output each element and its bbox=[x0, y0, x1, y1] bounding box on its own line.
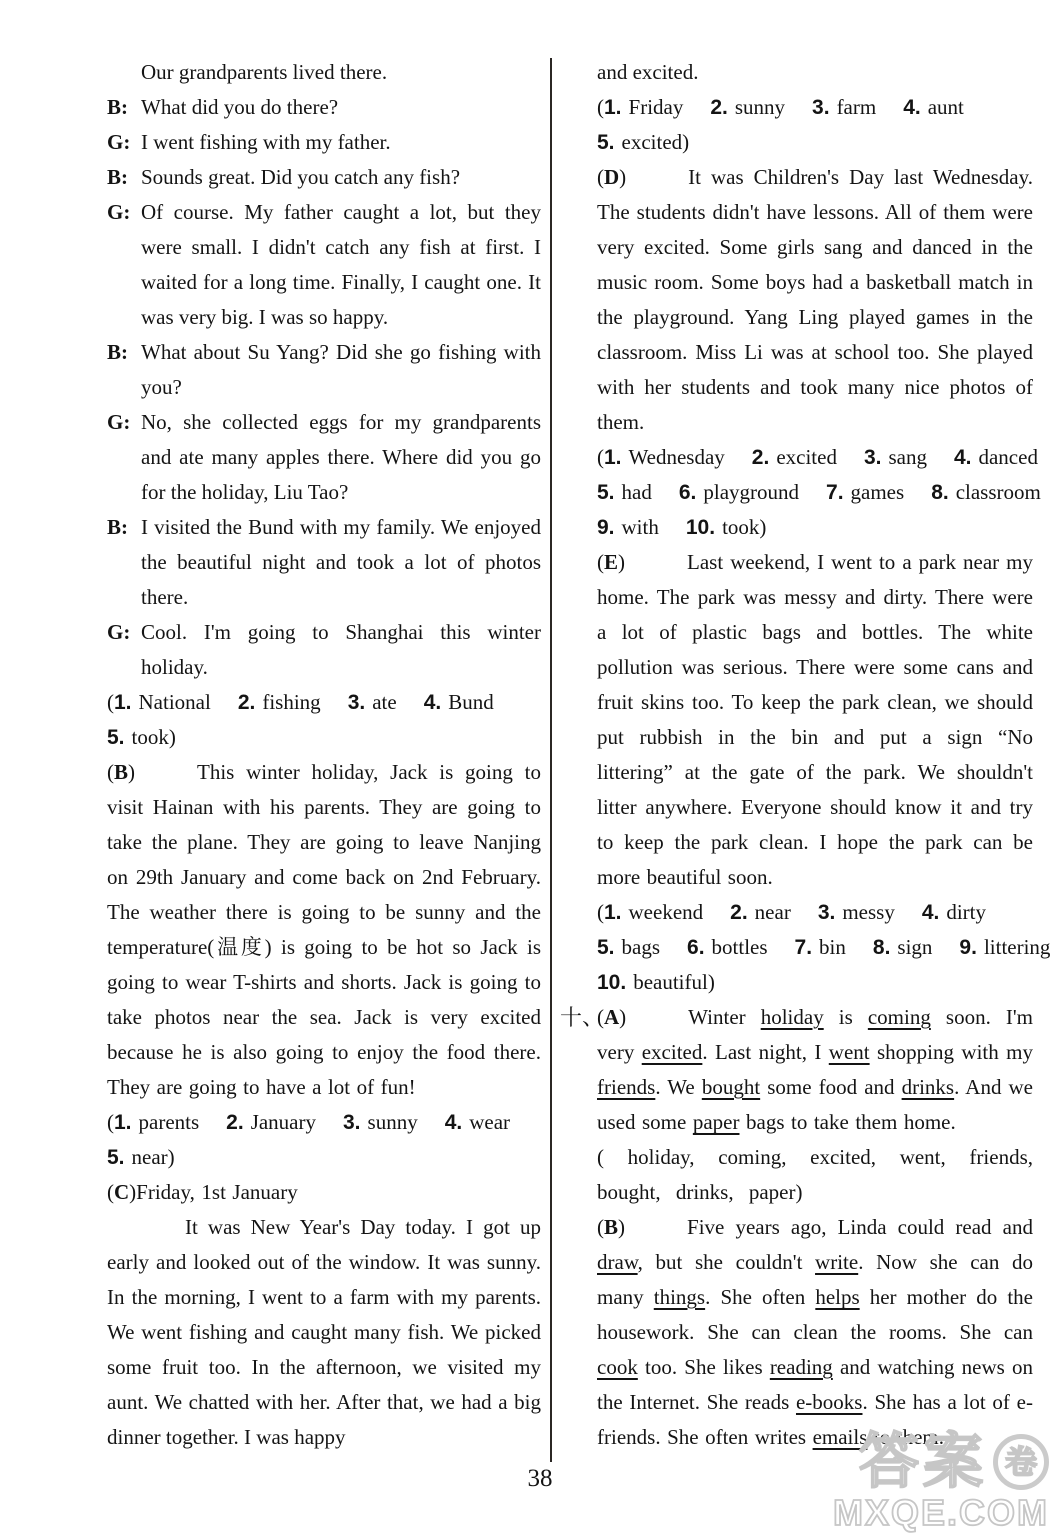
underlined-answer-word: e-books bbox=[796, 1390, 863, 1414]
answer-item: 5.took) bbox=[107, 725, 176, 749]
speaker-label: B: bbox=[107, 510, 128, 545]
answer-word: beautiful) bbox=[633, 970, 715, 994]
answer-word: wear bbox=[469, 1110, 510, 1134]
answer-word: Wednesday bbox=[629, 445, 725, 469]
underlined-answer-word: helps bbox=[815, 1285, 859, 1309]
watermark-cn-text: 答案 bbox=[859, 1432, 987, 1492]
answer-item: 2.near bbox=[730, 900, 791, 924]
answer-number: 6. bbox=[679, 481, 697, 504]
answer-word: bottles bbox=[712, 935, 768, 959]
watermark-circle-icon: 卷 bbox=[993, 1434, 1049, 1490]
underlined-answer-word: paper bbox=[693, 1110, 740, 1134]
underlined-answer-word: friends bbox=[597, 1075, 655, 1099]
answer-key-line: (1.Wednesday2.excited3.sang4.danced bbox=[597, 440, 1033, 475]
answer-number: 2. bbox=[238, 691, 256, 714]
underlined-answer-word: draw bbox=[597, 1250, 638, 1274]
open-paren: ( bbox=[107, 690, 114, 714]
answer-item: 2.January bbox=[226, 1110, 316, 1134]
left-column: Our grandparents lived there.B:What did … bbox=[107, 55, 541, 1455]
lettered-paragraph: (E)Last weekend, I went to a park near m… bbox=[597, 545, 1033, 895]
answer-number: 4. bbox=[445, 1111, 463, 1134]
answer-key-line: 5.took) bbox=[107, 720, 541, 755]
underlined-answer-word: drinks bbox=[902, 1075, 955, 1099]
underlined-answer-word: coming bbox=[868, 1005, 931, 1029]
answer-number: 5. bbox=[597, 936, 615, 959]
answer-item: 1.parents bbox=[114, 1110, 199, 1134]
speaker-label: G: bbox=[107, 615, 130, 650]
open-paren: ( bbox=[107, 1110, 114, 1134]
answer-number: 2. bbox=[752, 446, 770, 469]
answer-key-line: 5.had6.playground7.games8.classroom bbox=[597, 475, 1033, 510]
dialogue-line: Our grandparents lived there. bbox=[107, 55, 541, 90]
underlined-answer-word: write bbox=[815, 1250, 858, 1274]
answer-number: 8. bbox=[931, 481, 949, 504]
answer-word: playground bbox=[703, 480, 799, 504]
answer-item: 5.near) bbox=[107, 1145, 175, 1169]
answer-word: parents bbox=[139, 1110, 200, 1134]
answer-item: 6.bottles bbox=[687, 935, 768, 959]
answer-key-line: 5.excited) bbox=[597, 125, 1033, 160]
underlined-answer-word: things bbox=[654, 1285, 705, 1309]
paragraph-label: (E) bbox=[597, 550, 625, 574]
paragraph: ( holiday, coming, excited, went, friend… bbox=[597, 1140, 1033, 1210]
answer-number: 7. bbox=[826, 481, 844, 504]
answer-item: 8.sign bbox=[873, 935, 933, 959]
answer-key-line: (1.National2.fishing3.ate4.Bund bbox=[107, 685, 541, 720]
answer-item: 3.sunny bbox=[343, 1110, 418, 1134]
lettered-paragraph: 十、(A)Winter holiday is coming soon. I'm … bbox=[597, 1000, 1033, 1140]
answer-number: 2. bbox=[226, 1111, 244, 1134]
answer-item: 2.fishing bbox=[238, 690, 321, 714]
open-paren: ( bbox=[597, 95, 604, 119]
column-divider bbox=[550, 58, 552, 1462]
answer-word: had bbox=[622, 480, 652, 504]
answer-item: 3.farm bbox=[812, 95, 876, 119]
answer-word: near bbox=[755, 900, 791, 924]
answer-word: excited bbox=[776, 445, 837, 469]
section-marker: 十、 bbox=[560, 1000, 604, 1035]
answer-key-line: 10.beautiful) bbox=[597, 965, 1033, 1000]
answer-word: aunt bbox=[928, 95, 964, 119]
answer-item: 4.aunt bbox=[903, 95, 964, 119]
underlined-answer-word: excited bbox=[642, 1040, 703, 1064]
answer-word: National bbox=[139, 690, 211, 714]
answer-number: 6. bbox=[687, 936, 705, 959]
paragraph: and excited. bbox=[597, 55, 1033, 90]
answer-number: 5. bbox=[597, 131, 615, 154]
paragraph-label: (B) bbox=[107, 760, 135, 784]
right-column: and excited.(1.Friday2.sunny3.farm4.aunt… bbox=[597, 55, 1033, 1455]
underlined-answer-word: reading bbox=[770, 1355, 833, 1379]
answer-item: 7.bin bbox=[795, 935, 846, 959]
answer-word: farm bbox=[837, 95, 877, 119]
lettered-paragraph: (B)Five years ago, Linda could read and … bbox=[597, 1210, 1033, 1455]
open-paren: ( bbox=[597, 445, 604, 469]
watermark-logo: 答案 卷 MXQE.COM bbox=[833, 1432, 1049, 1532]
indented-paragraph: It was New Year's Day today. I got up ea… bbox=[107, 1210, 541, 1455]
answer-number: 3. bbox=[348, 691, 366, 714]
answer-item: 1.Wednesday bbox=[604, 445, 725, 469]
answer-number: 1. bbox=[114, 691, 132, 714]
underlined-answer-word: cook bbox=[597, 1355, 638, 1379]
speaker-label: G: bbox=[107, 195, 130, 230]
answer-number: 3. bbox=[343, 1111, 361, 1134]
answer-number: 10. bbox=[686, 516, 715, 539]
answer-word: sunny bbox=[368, 1110, 418, 1134]
dialogue-line: B:I visited the Bund with my family. We … bbox=[107, 510, 541, 615]
answer-number: 4. bbox=[922, 901, 940, 924]
answer-word: dirty bbox=[946, 900, 986, 924]
answer-number: 1. bbox=[114, 1111, 132, 1134]
answer-word: weekend bbox=[629, 900, 704, 924]
answer-word: ate bbox=[372, 690, 396, 714]
answer-word: Friday bbox=[629, 95, 684, 119]
answer-word: bags bbox=[622, 935, 661, 959]
answer-number: 9. bbox=[597, 516, 615, 539]
answer-word: classroom bbox=[956, 480, 1041, 504]
answer-key-line: (1.parents2.January3.sunny4.wear bbox=[107, 1105, 541, 1140]
watermark-site-text: MXQE.COM bbox=[833, 1494, 1049, 1532]
dialogue-line: G:I went fishing with my father. bbox=[107, 125, 541, 160]
answer-key-line: 9.with10.took) bbox=[597, 510, 1033, 545]
answer-word: fishing bbox=[262, 690, 320, 714]
answer-key-block: (1.Friday2.sunny3.farm4.aunt5.excited) bbox=[597, 90, 1033, 160]
answer-item: 1.Friday bbox=[604, 95, 683, 119]
answer-word: Bund bbox=[448, 690, 494, 714]
answer-word: danced bbox=[978, 445, 1037, 469]
answer-word: messy bbox=[842, 900, 895, 924]
open-paren: ( bbox=[597, 900, 604, 924]
lettered-paragraph: (C)Friday, 1st January bbox=[107, 1175, 541, 1210]
answer-number: 5. bbox=[107, 1146, 125, 1169]
answer-word: sign bbox=[897, 935, 932, 959]
page-number: 38 bbox=[516, 1464, 564, 1494]
answer-item: 10.beautiful) bbox=[597, 970, 715, 994]
answer-key-block: (1.weekend2.near3.messy4.dirty5.bags6.bo… bbox=[597, 895, 1033, 1000]
answer-word: games bbox=[851, 480, 905, 504]
answer-item: 4.Bund bbox=[424, 690, 494, 714]
underlined-answer-word: bought bbox=[702, 1075, 760, 1099]
answer-number: 5. bbox=[107, 726, 125, 749]
answer-number: 3. bbox=[864, 446, 882, 469]
answer-number: 1. bbox=[604, 446, 622, 469]
paragraph-label: (C) bbox=[107, 1180, 136, 1204]
watermark-circle-char: 卷 bbox=[1005, 1446, 1037, 1478]
answer-item: 3.sang bbox=[864, 445, 927, 469]
paragraph-label: (D) bbox=[597, 165, 626, 189]
lettered-paragraph: (B)This winter holiday, Jack is going to… bbox=[107, 755, 541, 1105]
answer-number: 2. bbox=[730, 901, 748, 924]
speaker-label: G: bbox=[107, 125, 130, 160]
dialogue-line: G:Of course. My father caught a lot, but… bbox=[107, 195, 541, 335]
answer-word: excited) bbox=[622, 130, 690, 154]
answer-item: 10.took) bbox=[686, 515, 767, 539]
workbook-answer-page: Our grandparents lived there.B:What did … bbox=[0, 0, 1057, 1536]
answer-word: near) bbox=[132, 1145, 175, 1169]
answer-item: 3.ate bbox=[348, 690, 397, 714]
dialogue-line: G:No, she collected eggs for my grandpar… bbox=[107, 405, 541, 510]
answer-item: 3.messy bbox=[818, 900, 895, 924]
answer-number: 10. bbox=[597, 971, 626, 994]
answer-number: 3. bbox=[812, 96, 830, 119]
answer-item: 5.excited) bbox=[597, 130, 689, 154]
underlined-answer-word: holiday bbox=[761, 1005, 824, 1029]
answer-word: sang bbox=[888, 445, 927, 469]
dialogue-line: B:What did you do there? bbox=[107, 90, 541, 125]
dialogue-line: G:Cool. I'm going to Shanghai this winte… bbox=[107, 615, 541, 685]
answer-number: 8. bbox=[873, 936, 891, 959]
answer-item: 8.classroom bbox=[931, 480, 1041, 504]
answer-item: 1.weekend bbox=[604, 900, 703, 924]
answer-word: bin bbox=[819, 935, 846, 959]
answer-item: 1.National bbox=[114, 690, 211, 714]
answer-number: 4. bbox=[954, 446, 972, 469]
speaker-label: G: bbox=[107, 405, 130, 440]
answer-key-line: 5.near) bbox=[107, 1140, 541, 1175]
dialogue-line: B:Sounds great. Did you catch any fish? bbox=[107, 160, 541, 195]
answer-number: 4. bbox=[903, 96, 921, 119]
answer-key-block: (1.Wednesday2.excited3.sang4.danced5.had… bbox=[597, 440, 1033, 545]
speaker-label: B: bbox=[107, 90, 128, 125]
answer-item: 9.with bbox=[597, 515, 659, 539]
answer-word: January bbox=[251, 1110, 316, 1134]
answer-number: 1. bbox=[604, 96, 622, 119]
answer-word: took) bbox=[132, 725, 176, 749]
answer-key-block: (1.National2.fishing3.ate4.Bund5.took) bbox=[107, 685, 541, 755]
underlined-answer-word: went bbox=[829, 1040, 870, 1064]
paragraph-label: (B) bbox=[597, 1215, 625, 1239]
answer-item: 7.games bbox=[826, 480, 904, 504]
answer-item: 4.wear bbox=[445, 1110, 510, 1134]
answer-key-line: (1.weekend2.near3.messy4.dirty bbox=[597, 895, 1033, 930]
answer-number: 7. bbox=[795, 936, 813, 959]
answer-item: 2.sunny bbox=[710, 95, 785, 119]
answer-item: 4.dirty bbox=[922, 900, 986, 924]
answer-item: 6.playground bbox=[679, 480, 799, 504]
answer-key-block: (1.parents2.January3.sunny4.wear5.near) bbox=[107, 1105, 541, 1175]
answer-word: took) bbox=[722, 515, 766, 539]
answer-word: littering bbox=[984, 935, 1051, 959]
watermark-row: 答案 卷 bbox=[833, 1432, 1049, 1492]
answer-item: 2.excited bbox=[752, 445, 837, 469]
answer-key-line: 5.bags6.bottles7.bin8.sign9.littering bbox=[597, 930, 1033, 965]
answer-number: 2. bbox=[710, 96, 728, 119]
answer-number: 5. bbox=[597, 481, 615, 504]
speaker-label: B: bbox=[107, 335, 128, 370]
answer-number: 4. bbox=[424, 691, 442, 714]
answer-item: 4.danced bbox=[954, 445, 1038, 469]
dialogue-line: B:What about Su Yang? Did she go fishing… bbox=[107, 335, 541, 405]
answer-number: 1. bbox=[604, 901, 622, 924]
answer-word: sunny bbox=[735, 95, 785, 119]
answer-item: 9.littering bbox=[959, 935, 1050, 959]
answer-number: 9. bbox=[959, 936, 977, 959]
lettered-paragraph: (D)It was Children's Day last Wednesday.… bbox=[597, 160, 1033, 440]
answer-word: with bbox=[622, 515, 659, 539]
speaker-label: B: bbox=[107, 160, 128, 195]
answer-item: 5.had bbox=[597, 480, 652, 504]
answer-item: 5.bags bbox=[597, 935, 660, 959]
answer-key-line: (1.Friday2.sunny3.farm4.aunt bbox=[597, 90, 1033, 125]
answer-number: 3. bbox=[818, 901, 836, 924]
